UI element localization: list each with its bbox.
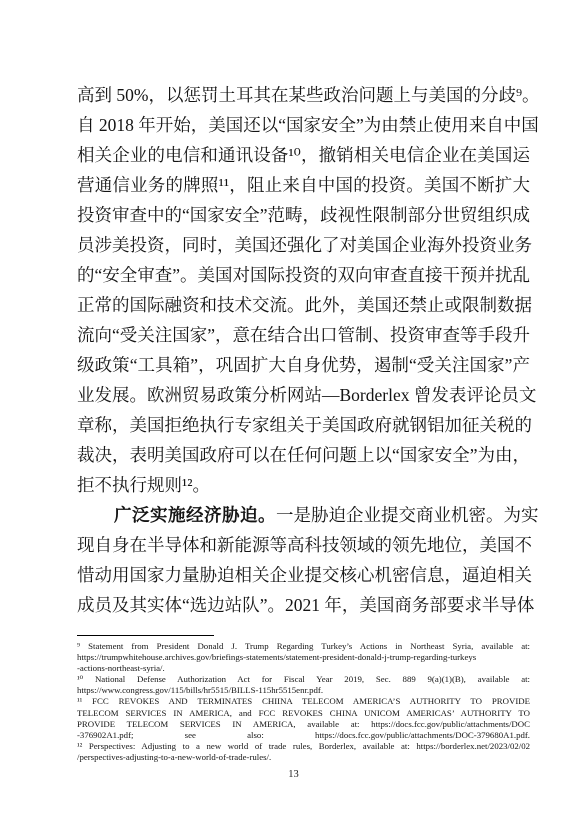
- footnote-12: ¹² Perspectives: Adjusting to a new worl…: [77, 741, 530, 763]
- page-number: 13: [0, 769, 587, 780]
- paragraph-body: 现自身在半导体和新能源等高科技领域的领先地位，美国不惜动用国家力量胁迫相关企业提…: [77, 530, 530, 620]
- footnote-line: -actions-northeast-syria/.: [77, 663, 530, 674]
- footnotes: ⁹ Statement from President Donald J. Tru…: [77, 641, 530, 763]
- body-text: 高到 50%，以惩罚土耳其在某些政治问题上与美国的分歧⁹。自 2018 年开始，…: [77, 80, 530, 620]
- footnote-line: -376902A1.pdf; see also: https://docs.fc…: [77, 730, 530, 741]
- footnote-line: ⁹ Statement from President Donald J. Tru…: [77, 641, 530, 652]
- text-line: 投资审查中的“国家安全”范畴，歧视性限制部分世贸组织成: [77, 200, 530, 230]
- text-line: 惜动用国家力量胁迫相关企业提交核心机密信息，逼迫相关: [77, 560, 530, 590]
- text-line: 裁决，表明美国政府可以在任何问题上以“国家安全”为由，: [77, 440, 530, 470]
- footnote-10: ¹⁰ National Defense Authorization Act fo…: [77, 674, 530, 696]
- text-line: 相关企业的电信和通讯设备¹⁰，撤销相关电信企业在美国运: [77, 140, 530, 170]
- bold-heading-run: 广泛实施经济胁迫。: [114, 505, 276, 525]
- footnote-line: PROVIDE TELECOM SERVICES IN AMERICA, ava…: [77, 719, 530, 730]
- footnote-line: https://trumpwhitehouse.archives.gov/bri…: [77, 652, 530, 663]
- footnote-line: ¹² Perspectives: Adjusting to a new worl…: [77, 741, 530, 752]
- text-line: 现自身在半导体和新能源等高科技领域的领先地位，美国不: [77, 530, 530, 560]
- text-line: 拒不执行规则¹²。: [77, 470, 530, 500]
- text-line: 业发展。欧洲贸易政策分析网站—Borderlex 曾发表评论员文: [77, 380, 530, 410]
- text-line: 员涉美投资，同时，美国还强化了对美国企业海外投资业务: [77, 230, 530, 260]
- text-line: 章称，美国拒绝执行专家组关于美国政府就钢铝加征关税的: [77, 410, 530, 440]
- text-line: 的“安全审查”。美国对国际投资的双向审查直接干预并扰乱: [77, 260, 530, 290]
- text-line: 自 2018 年开始，美国还以“国家安全”为由禁止使用来自中国: [77, 110, 530, 140]
- document-page: 高到 50%，以惩罚土耳其在某些政治问题上与美国的分歧⁹。自 2018 年开始，…: [0, 0, 587, 834]
- paragraph-lead-line: 广泛实施经济胁迫。一是胁迫企业提交商业机密。为实: [77, 500, 530, 530]
- footnote-line: ¹⁰ National Defense Authorization Act fo…: [77, 674, 530, 685]
- footnote-line: ¹¹ FCC REVOKES AND TERMINATES CHIINA TEL…: [77, 696, 530, 707]
- paragraph-continuation: 高到 50%，以惩罚土耳其在某些政治问题上与美国的分歧⁹。自 2018 年开始，…: [77, 80, 530, 500]
- footnote-11: ¹¹ FCC REVOKES AND TERMINATES CHIINA TEL…: [77, 696, 530, 740]
- text-run: 一是胁迫企业提交商业机密。为实: [276, 505, 539, 525]
- text-line: 营通信业务的牌照¹¹，阻止来自中国的投资。美国不断扩大: [77, 170, 530, 200]
- footnote-line: https://www.congress.gov/115/bills/hr551…: [77, 685, 530, 696]
- text-line: 高到 50%，以惩罚土耳其在某些政治问题上与美国的分歧⁹。: [77, 80, 530, 110]
- text-line: 流向“受关注国家”，意在结合出口管制、投资审查等手段升: [77, 320, 530, 350]
- footnote-line: TELECOM SERVICES IN AMERICA, and FCC REV…: [77, 708, 530, 719]
- text-line: 成员及其实体“选边站队”。2021 年，美国商务部要求半导体: [77, 590, 530, 620]
- footnote-line: /perspectives-adjusting-to-a-new-world-o…: [77, 752, 530, 763]
- footnote-9: ⁹ Statement from President Donald J. Tru…: [77, 641, 530, 674]
- text-line: 正常的国际融资和技术交流。此外，美国还禁止或限制数据: [77, 290, 530, 320]
- text-line: 级政策“工具箱”，巩固扩大自身优势，遏制“受关注国家”产: [77, 350, 530, 380]
- footnote-separator: [77, 635, 214, 636]
